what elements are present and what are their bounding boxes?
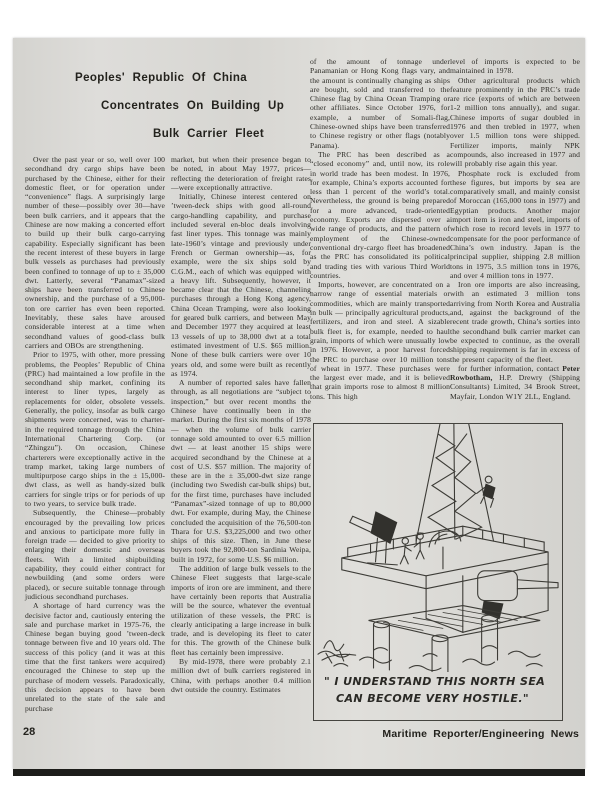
cartoon-caption: " I UNDERSTAND THIS NORTH SEA CAN BECOME…: [324, 673, 556, 707]
text-column-1: Over the past year or so, well over 100 …: [25, 155, 165, 713]
paragraph: Other agricultural products which featur…: [450, 76, 580, 169]
paragraph: Subsequently, the Chinese—probably encou…: [25, 508, 165, 601]
paragraph: Phosphate rock is excluded from these fi…: [450, 169, 580, 281]
text-column-4: level of imports is expected to be maint…: [450, 57, 580, 401]
lower-deck: [369, 606, 541, 639]
paragraph: Imports, however, are concentrated on a …: [310, 280, 450, 401]
cartoon-panel: " I UNDERSTAND THIS NORTH SEA CAN BECOME…: [313, 423, 563, 721]
paragraph: Prior to 1975, with other, more pressing…: [25, 350, 165, 508]
paragraph: of the amount of tonnage under Panamania…: [310, 57, 450, 150]
article-title-line2: Concentrates On Building Up: [101, 100, 284, 112]
caption-line1: " I UNDERSTAND THIS NORTH SEA: [324, 673, 556, 690]
publication-name: Maritime Reporter/Engineering News: [382, 728, 579, 740]
page-edge-shadow: [13, 769, 585, 776]
paragraph: Iron ore imports are also increasing, wi…: [450, 280, 580, 364]
text-column-2: market, but when their presence began to…: [171, 155, 311, 694]
paragraph: A number of reported sales have fallen t…: [171, 378, 311, 564]
text-column-3: of the amount of tonnage under Panamania…: [310, 57, 450, 401]
cartoonist-signature: [322, 641, 356, 663]
crew-figure-head: [402, 538, 408, 544]
climbing-figure-head: [485, 476, 492, 483]
paragraph: Over the past year or so, well over 100 …: [25, 155, 165, 350]
paragraph: A shortage of hard currency was the deci…: [25, 601, 165, 713]
page-number: 28: [23, 726, 35, 738]
paragraph: market, but when their presence began to…: [171, 155, 311, 192]
gun-turret: [478, 571, 518, 601]
contact-prefix: for further information, contact: [458, 364, 562, 373]
paragraph: The addition of large bulk vessels to th…: [171, 564, 311, 657]
article-title-line1: Peoples' Republic Of China: [75, 72, 247, 84]
paragraph: By mid-1978, there were probably 2.1 mil…: [171, 657, 311, 694]
turret-barrel: [517, 580, 558, 589]
paragraph: Initially, Chinese interest centered on …: [171, 192, 311, 378]
contact-paragraph: for further information, contact Peter R…: [450, 364, 580, 401]
caption-line2: CAN BECOME VERY HOSTILE.": [336, 690, 556, 707]
oil-rig-cartoon-illustration: [314, 424, 562, 672]
rig-leg: [482, 615, 498, 622]
rig-housing: [426, 576, 463, 633]
article-title-line3: Bulk Carrier Fleet: [153, 128, 264, 140]
magazine-page: Peoples' Republic Of China Concentrates …: [13, 38, 585, 769]
paragraph: level of imports is expected to be maint…: [450, 57, 580, 76]
paragraph: The PRC has been described as a “closed …: [310, 150, 450, 280]
waves: [318, 651, 441, 670]
